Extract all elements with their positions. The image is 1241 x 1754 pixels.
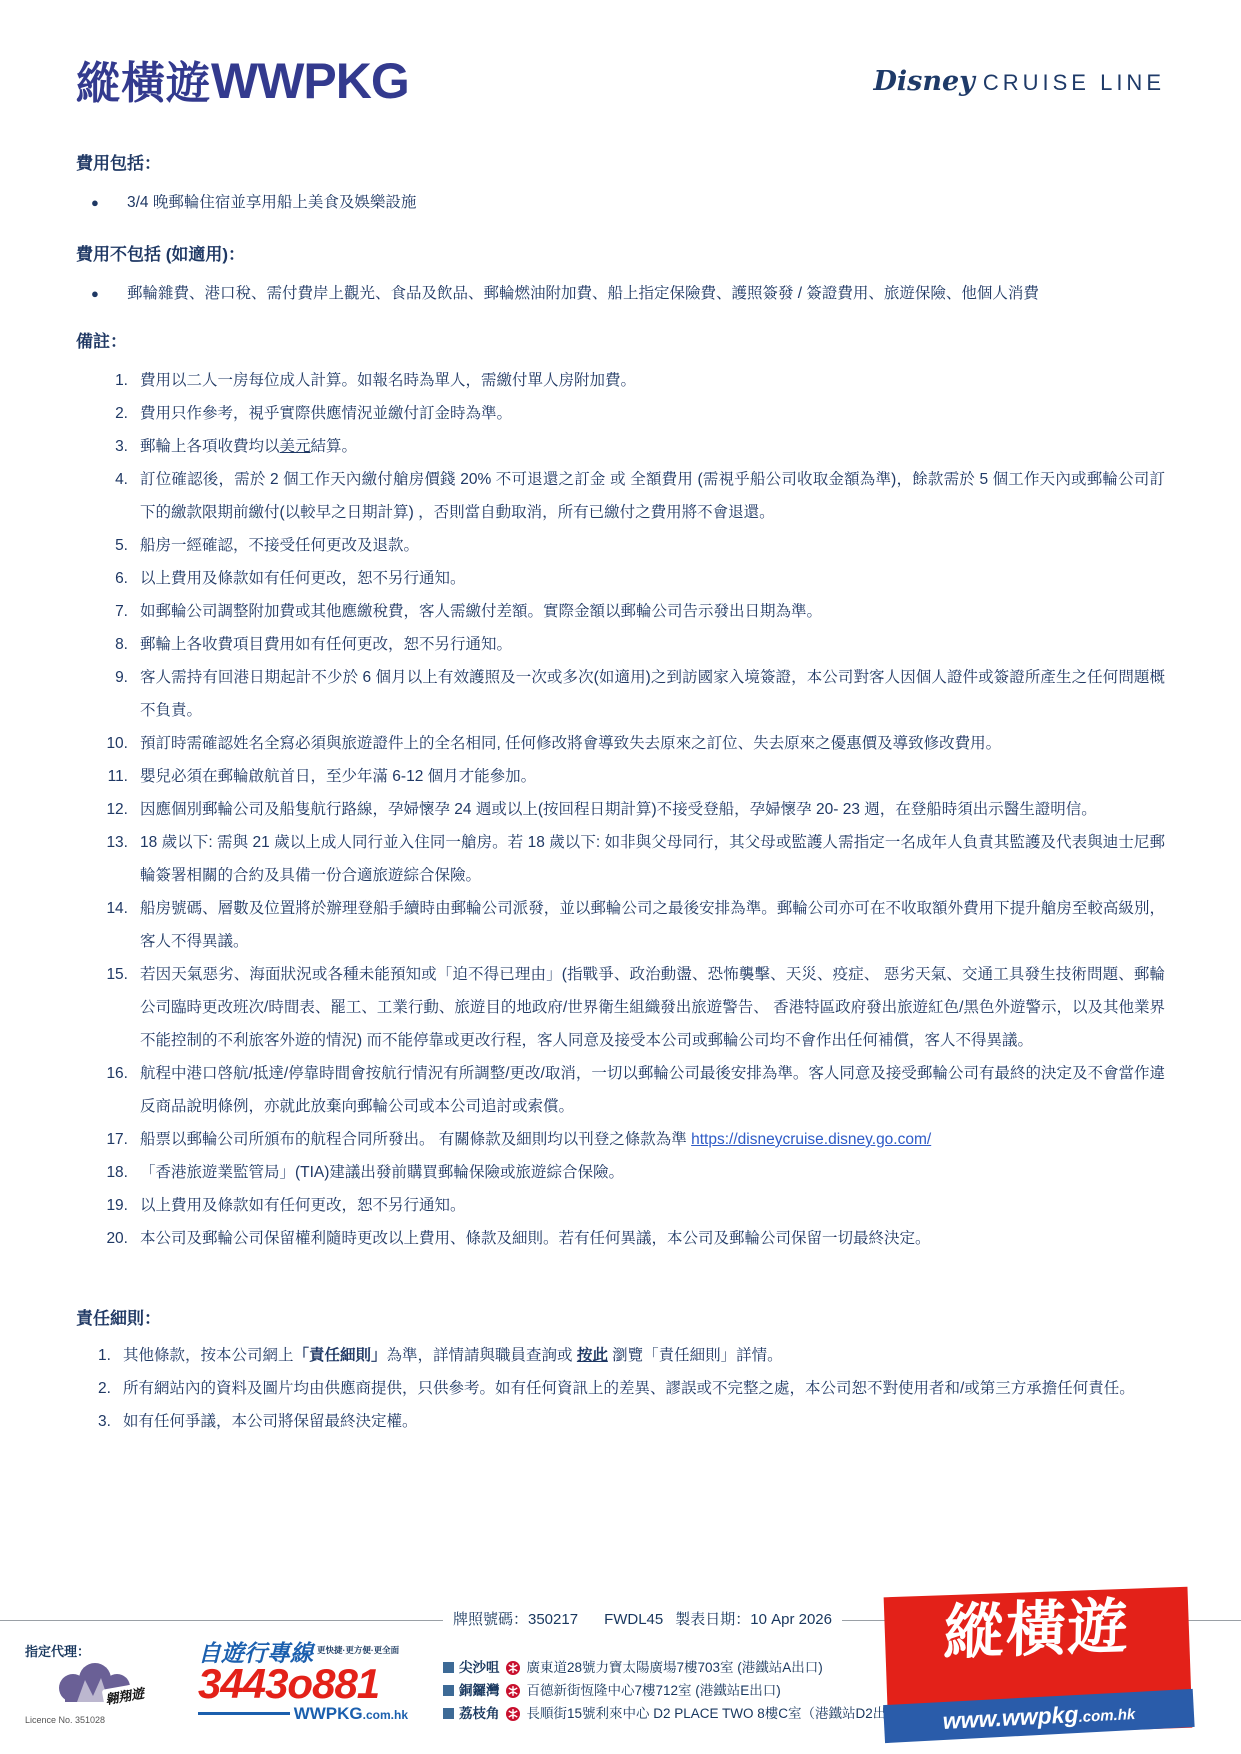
remark-item: 18.「香港旅遊業監管局」(TIA)建議出發前購買郵輪保險或旅遊綜合保險。 bbox=[76, 1156, 1165, 1189]
click-here-link[interactable]: 按此 bbox=[577, 1347, 608, 1364]
remark-text: 18 歲以下: 需與 21 歲以上成人同行並入住同一艙房。若 18 歲以下: 如… bbox=[140, 834, 1165, 884]
list-item: ● 3/4 晚郵輪住宿並享用船上美食及娛樂設施 bbox=[76, 186, 1165, 219]
liability-text-pre: 其他條款，按本公司網上 bbox=[123, 1347, 294, 1364]
cloud-logo-icon bbox=[25, 1662, 175, 1714]
branch-addresses: 尖沙咀 廣東道28號力寶太陽廣場7樓703室 (港鐵站A出口) 銅鑼灣 百德新街… bbox=[443, 1656, 913, 1725]
wwpkg-red-badge: 縱橫遊 www.wwpkg.com.hk bbox=[886, 1592, 1190, 1733]
liability-item: 3.如有任何爭議，本公司將保留最終決定權。 bbox=[76, 1405, 1165, 1438]
item-number: 18. bbox=[76, 1156, 128, 1189]
mtr-icon bbox=[506, 1684, 520, 1698]
appointed-agent-block: 指定代理： 翱翔遊 Licence No. 351028 bbox=[25, 1641, 225, 1725]
bullet-icon: ● bbox=[91, 277, 99, 310]
item-number: 17. bbox=[76, 1123, 128, 1156]
remark-text: 以上費用及條款如有任何更改，恕不另行通知。 bbox=[140, 570, 466, 587]
branch-address: 百德新街恆隆中心7樓712室 (港鐵站E出口) bbox=[527, 1679, 781, 1702]
item-number: 4. bbox=[76, 463, 128, 496]
item-number: 3. bbox=[98, 1405, 111, 1438]
remark-text: 訂位確認後，需於 2 個工作天內繳付艙房價錢 20% 不可退還之訂金 或 全額費… bbox=[140, 471, 1165, 521]
item-number: 12. bbox=[76, 793, 128, 826]
logo-rule bbox=[198, 1712, 290, 1715]
item-number: 19. bbox=[76, 1189, 128, 1222]
remark-item: 20.本公司及郵輪公司保留權利隨時更改以上費用、條款及細則。若有任何異議，本公司… bbox=[76, 1222, 1165, 1255]
square-bullet-icon bbox=[443, 1708, 454, 1719]
badge-brand-name: 縱橫遊 bbox=[884, 1587, 1189, 1666]
address-row: 荔枝角 長順街15號利來中心 D2 PLACE TWO 8樓C室（港鐵站D2出口… bbox=[443, 1702, 913, 1725]
remark-text: 預訂時需確認姓名全寫必須與旅遊證件上的全名相同, 任何修改將會導致失去原來之訂位… bbox=[140, 735, 1001, 752]
item-number: 6. bbox=[76, 562, 128, 595]
item-number: 9. bbox=[76, 661, 128, 694]
remark-text: 船房一經確認，不接受任何更改及退款。 bbox=[140, 537, 419, 554]
section-title-included: 費用包括： bbox=[76, 152, 1165, 176]
issue-date: 製表日期：10 Apr 2026 bbox=[675, 1608, 832, 1629]
remark-item: 16.航程中港口啓航/抵達/停靠時間會按航行情況有所調整/更改/取消，一切以郵輪… bbox=[76, 1057, 1165, 1123]
liability-item: 1.其他條款，按本公司網上「責任細則」為準，詳情請與職員查詢或 按此 瀏覽「責任… bbox=[76, 1339, 1165, 1372]
remark-item: 4.訂位確認後，需於 2 個工作天內繳付艙房價錢 20% 不可退還之訂金 或 全… bbox=[76, 463, 1165, 529]
square-bullet-icon bbox=[443, 1685, 454, 1696]
square-bullet-icon bbox=[443, 1662, 454, 1673]
item-number: 15. bbox=[76, 958, 128, 991]
excluded-list: ● 郵輪雜費、港口稅、需付費岸上觀光、食品及飲品、郵輪燃油附加費、船上指定保險費… bbox=[76, 277, 1165, 310]
liability-text-mid: 為準，詳情請與職員查詢或 bbox=[387, 1347, 577, 1364]
remark-item: 3.郵輪上各項收費均以美元結算。 bbox=[76, 430, 1165, 463]
item-number: 13. bbox=[76, 826, 128, 859]
remark-item: 17.船票以郵輪公司所頒布的航程合同所發出。 有關條款及細則均以刊登之條款為準 … bbox=[76, 1123, 1165, 1156]
liability-list: 1.其他條款，按本公司網上「責任細則」為準，詳情請與職員查詢或 按此 瀏覽「責任… bbox=[76, 1339, 1165, 1438]
wwpkg-logo-latin: WWPKG bbox=[211, 56, 409, 106]
header: 縱橫遊 WWPKG DisneyCRUISE LINE bbox=[76, 56, 1165, 106]
hotline-website: WWPKG.com.hk bbox=[294, 1704, 408, 1724]
list-item: ● 郵輪雜費、港口稅、需付費岸上觀光、食品及飲品、郵輪燃油附加費、船上指定保險費… bbox=[76, 277, 1165, 310]
remark-text: 郵輪上各項收費均以美元結算。 bbox=[140, 438, 357, 455]
site-suffix: .com.hk bbox=[363, 1708, 408, 1722]
wwpkg-logo: 縱橫遊 WWPKG bbox=[76, 56, 409, 106]
remark-text: 如郵輪公司調整附加費或其他應繳稅費，客人需繳付差額。實際金額以郵輪公司告示發出日… bbox=[140, 603, 822, 620]
section-title-remarks: 備註： bbox=[76, 330, 1165, 354]
hotline-phone-number: 3443o881 bbox=[198, 1665, 408, 1704]
item-number: 1. bbox=[76, 364, 128, 397]
item-number: 3. bbox=[76, 430, 128, 463]
agent-logo: 翱翔遊 bbox=[25, 1662, 225, 1714]
remark-item: 11.嬰兒必須在郵輪啟航首日，至少年滿 6-12 個月才能參加。 bbox=[76, 760, 1165, 793]
remark-text: 費用以二人一房每位成人計算。如報名時為單人，需繳付單人房附加費。 bbox=[140, 372, 636, 389]
remark-text-pre: 郵輪上各項收費均以 bbox=[140, 438, 280, 455]
excluded-item-text: 郵輪雜費、港口稅、需付費岸上觀光、食品及飲品、郵輪燃油附加費、船上指定保險費、護… bbox=[127, 285, 1039, 302]
remark-item: 12.因應個別郵輪公司及船隻航行路線，孕婦懷孕 24 週或以上(按回程日期計算)… bbox=[76, 793, 1165, 826]
item-number: 11. bbox=[76, 760, 128, 793]
liability-text: 其他條款，按本公司網上「責任細則」為準，詳情請與職員查詢或 按此 瀏覽「責任細則… bbox=[123, 1347, 783, 1364]
branch-address: 長順街15號利來中心 D2 PLACE TWO 8樓C室（港鐵站D2出口） bbox=[527, 1702, 914, 1725]
address-row: 銅鑼灣 百德新街恆隆中心7樓712室 (港鐵站E出口) bbox=[443, 1679, 913, 1702]
remark-text: 船房號碼、層數及位置將於辦理登船手續時由郵輪公司派發，並以郵輪公司之最後安排為準… bbox=[140, 900, 1165, 950]
disney-cruise-line-logo: DisneyCRUISE LINE bbox=[873, 66, 1165, 97]
item-number: 10. bbox=[76, 727, 128, 760]
item-number: 2. bbox=[98, 1372, 111, 1405]
branch-district: 荔枝角 bbox=[459, 1702, 500, 1725]
liability-text-post: 瀏覽「責任細則」詳情。 bbox=[608, 1347, 783, 1364]
remark-item: 2.費用只作參考，視乎實際供應情況並繳付訂金時為準。 bbox=[76, 397, 1165, 430]
item-number: 2. bbox=[76, 397, 128, 430]
remark-text: 嬰兒必須在郵輪啟航首日，至少年滿 6-12 個月才能參加。 bbox=[140, 768, 536, 785]
remark-item: 10.預訂時需確認姓名全寫必須與旅遊證件上的全名相同, 任何修改將會導致失去原來… bbox=[76, 727, 1165, 760]
liability-text: 如有任何爭議，本公司將保留最終決定權。 bbox=[123, 1413, 418, 1430]
remark-text: 若因天氣惡劣、海面狀況或各種未能預知或「迫不得已理由」(指戰爭、政治動盪、恐怖襲… bbox=[140, 966, 1165, 1049]
remark-text: 費用只作參考，視乎實際供應情況並繳付訂金時為準。 bbox=[140, 405, 512, 422]
section-title-liability: 責任細則： bbox=[76, 1307, 1165, 1331]
wwpkg-logo-chinese: 縱橫遊 bbox=[76, 62, 211, 106]
included-list: ● 3/4 晚郵輪住宿並享用船上美食及娛樂設施 bbox=[76, 186, 1165, 219]
underlined-term: 美元 bbox=[280, 438, 311, 455]
disney-cruise-terms-link[interactable]: https://disneycruise.disney.go.com/ bbox=[691, 1131, 931, 1148]
badge-url-band: www.wwpkg.com.hk bbox=[883, 1689, 1195, 1743]
branch-district: 尖沙咀 bbox=[459, 1656, 500, 1679]
liability-text: 所有網站內的資料及圖片均由供應商提供，只供參考。如有任何資訊上的差異、謬誤或不完… bbox=[123, 1380, 1135, 1397]
remark-text-post: 結算。 bbox=[311, 438, 358, 455]
licence-line: 牌照號碼：350217 FWDL45 製表日期：10 Apr 2026 bbox=[443, 1608, 842, 1629]
badge-url-main: www.wwpkg bbox=[942, 1700, 1079, 1733]
address-row: 尖沙咀 廣東道28號力寶太陽廣場7樓703室 (港鐵站A出口) bbox=[443, 1656, 913, 1679]
item-number: 20. bbox=[76, 1222, 128, 1255]
remark-item: 19.以上費用及條款如有任何更改，恕不另行通知。 bbox=[76, 1189, 1165, 1222]
licence-number: 牌照號碼：350217 bbox=[453, 1608, 578, 1629]
remark-item: 8.郵輪上各收費項目費用如有任何更改，恕不另行通知。 bbox=[76, 628, 1165, 661]
remark-item: 6.以上費用及條款如有任何更改，恕不另行通知。 bbox=[76, 562, 1165, 595]
remark-item: 15.若因天氣惡劣、海面狀況或各種未能預知或「迫不得已理由」(指戰爭、政治動盪、… bbox=[76, 958, 1165, 1057]
remark-text: 郵輪上各收費項目費用如有任何更改，恕不另行通知。 bbox=[140, 636, 512, 653]
remark-text: 因應個別郵輪公司及船隻航行路線，孕婦懷孕 24 週或以上(按回程日期計算)不接受… bbox=[140, 801, 1097, 818]
site-name: WWPKG bbox=[294, 1704, 363, 1723]
remark-text: 船票以郵輪公司所頒布的航程合同所發出。 有關條款及細則均以刊登之條款為準 htt… bbox=[140, 1131, 931, 1148]
hotline-tagline: 更快捷·更方便·更全面 bbox=[317, 1644, 399, 1656]
remark-text-pre: 船票以郵輪公司所頒布的航程合同所發出。 有關條款及細則均以刊登之條款為準 bbox=[140, 1131, 691, 1148]
mtr-icon bbox=[506, 1661, 520, 1675]
bullet-icon: ● bbox=[91, 186, 99, 219]
branch-address: 廣東道28號力寶太陽廣場7樓703室 (港鐵站A出口) bbox=[527, 1656, 823, 1679]
item-number: 8. bbox=[76, 628, 128, 661]
liability-term-bold: 「責任細則」 bbox=[294, 1347, 387, 1364]
badge-url-suffix: .com.hk bbox=[1078, 1705, 1135, 1725]
form-code: FWDL45 bbox=[604, 1611, 663, 1628]
agent-label: 指定代理： bbox=[25, 1641, 225, 1660]
remark-item: 9.客人需持有回港日期起計不少於 6 個月以上有效護照及一次或多次(如適用)之到… bbox=[76, 661, 1165, 727]
document-page: 縱橫遊 WWPKG DisneyCRUISE LINE 費用包括： ● 3/4 … bbox=[0, 0, 1241, 1754]
remark-text: 客人需持有回港日期起計不少於 6 個月以上有效護照及一次或多次(如適用)之到訪國… bbox=[140, 669, 1165, 719]
branch-district: 銅鑼灣 bbox=[459, 1679, 500, 1702]
remark-item: 14.船房號碼、層數及位置將於辦理登船手續時由郵輪公司派發，並以郵輪公司之最後安… bbox=[76, 892, 1165, 958]
remark-item: 7.如郵輪公司調整附加費或其他應繳稅費，客人需繳付差額。實際金額以郵輪公司告示發… bbox=[76, 595, 1165, 628]
mtr-icon bbox=[506, 1707, 520, 1721]
remark-text: 「香港旅遊業監管局」(TIA)建議出發前購買郵輪保險或旅遊綜合保險。 bbox=[140, 1164, 624, 1181]
item-number: 14. bbox=[76, 892, 128, 925]
item-number: 1. bbox=[98, 1339, 111, 1372]
remark-text: 本公司及郵輪公司保留權利隨時更改以上費用、條款及細則。若有任何異議，本公司及郵輪… bbox=[140, 1230, 931, 1247]
remark-text: 航程中港口啓航/抵達/停靠時間會按航行情況有所調整/更改/取消，一切以郵輪公司最… bbox=[140, 1065, 1165, 1115]
liability-item: 2.所有網站內的資料及圖片均由供應商提供，只供參考。如有任何資訊上的差異、謬誤或… bbox=[76, 1372, 1165, 1405]
remarks-list: 1.費用以二人一房每位成人計算。如報名時為單人，需繳付單人房附加費。 2.費用只… bbox=[76, 364, 1165, 1255]
remark-item: 1.費用以二人一房每位成人計算。如報名時為單人，需繳付單人房附加費。 bbox=[76, 364, 1165, 397]
remark-item: 5.船房一經確認，不接受任何更改及退款。 bbox=[76, 529, 1165, 562]
disney-script-text: Disney bbox=[873, 66, 974, 97]
remark-text: 以上費用及條款如有任何更改，恕不另行通知。 bbox=[140, 1197, 466, 1214]
remark-item: 13.18 歲以下: 需與 21 歲以上成人同行並入住同一艙房。若 18 歲以下… bbox=[76, 826, 1165, 892]
item-number: 5. bbox=[76, 529, 128, 562]
hotline-block: 自遊行專線 更快捷·更方便·更全面 3443o881 WWPKG.com.hk bbox=[198, 1642, 408, 1724]
item-number: 7. bbox=[76, 595, 128, 628]
item-number: 16. bbox=[76, 1057, 128, 1090]
badge-url: www.wwpkg.com.hk bbox=[942, 1697, 1136, 1734]
badge-background: 縱橫遊 www.wwpkg.com.hk bbox=[884, 1587, 1193, 1739]
section-title-excluded: 費用不包括 (如適用)： bbox=[76, 243, 1165, 267]
agent-licence-no: Licence No. 351028 bbox=[25, 1715, 225, 1725]
cruise-line-text: CRUISE LINE bbox=[983, 70, 1165, 95]
included-item-text: 3/4 晚郵輪住宿並享用船上美食及娛樂設施 bbox=[127, 194, 416, 211]
